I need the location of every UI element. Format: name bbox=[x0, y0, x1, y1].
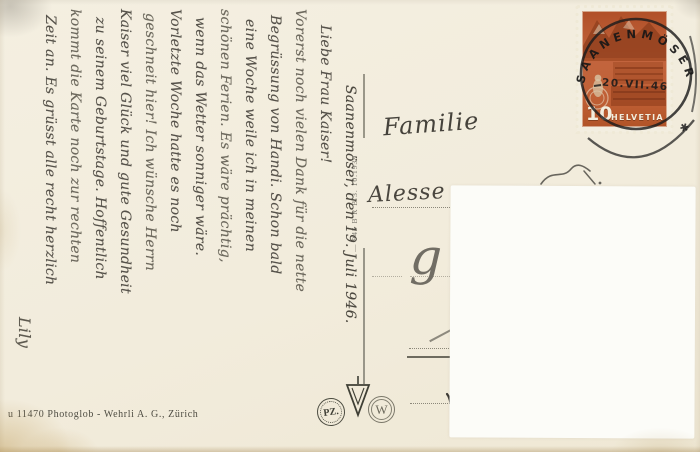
postcard-back: — 945 B R B 3. 10.1939 PZ. W u 11470 Pho… bbox=[0, 0, 700, 452]
address-ruling-line-solid bbox=[407, 356, 453, 358]
address-line-familie: Familie bbox=[382, 107, 480, 142]
postmark-date: 20.VII.46 bbox=[602, 77, 669, 94]
svg-text:SAANENMÖSER: SAANENMÖSER bbox=[573, 27, 698, 85]
w-logo-text: W bbox=[371, 399, 392, 420]
divider-line-top bbox=[363, 74, 365, 138]
message-line: zu seinem Geburtstage. Hoffentlich bbox=[87, 17, 112, 439]
message-line: schönen Ferien. Es wäre prächtig, bbox=[212, 9, 237, 439]
message-signature: Lily bbox=[12, 317, 37, 439]
postmark-star: ✱ bbox=[678, 120, 691, 135]
message-line: Vorerst noch vielen Dank für die nette bbox=[287, 9, 312, 439]
message-line: Liebe Frau Kaiser! bbox=[312, 25, 337, 439]
message-line: Begrüssung von Handi. Schon bald bbox=[262, 15, 287, 439]
address-ruling-line bbox=[409, 348, 449, 349]
postmark-town: SAANENMÖSER bbox=[573, 27, 698, 85]
message-line: Kaiser viel Glück und gute Gesundheit bbox=[112, 9, 137, 439]
message-line: geschneit hier! Ich wünsche Herrn bbox=[137, 13, 162, 439]
privacy-patch bbox=[449, 185, 695, 438]
message-line: Saanenmöser, den 19. Juli 1946. bbox=[337, 85, 362, 439]
w-circle-logo: W bbox=[368, 396, 395, 423]
message-line: Zeit an. Es grüsst alle recht herzlich bbox=[37, 15, 62, 439]
handwriting-flourish bbox=[540, 160, 604, 192]
address-ruling-line bbox=[372, 276, 402, 277]
message-line: kommt die Karte noch zur rechten bbox=[62, 9, 87, 439]
message-line: eine Woche weile ich in meinen bbox=[237, 19, 262, 439]
handwritten-message: Saanenmöser, den 19. Juli 1946. Liebe Fr… bbox=[10, 9, 362, 439]
handwriting-g-descender: g bbox=[409, 227, 443, 286]
message-line: wenn das Wetter sonniger wäre. bbox=[187, 17, 212, 439]
divider-line-bottom bbox=[363, 248, 365, 384]
message-line: Vorletzte Woche hatte es noch bbox=[162, 9, 187, 439]
address-line-name: Alesse bbox=[367, 179, 446, 208]
